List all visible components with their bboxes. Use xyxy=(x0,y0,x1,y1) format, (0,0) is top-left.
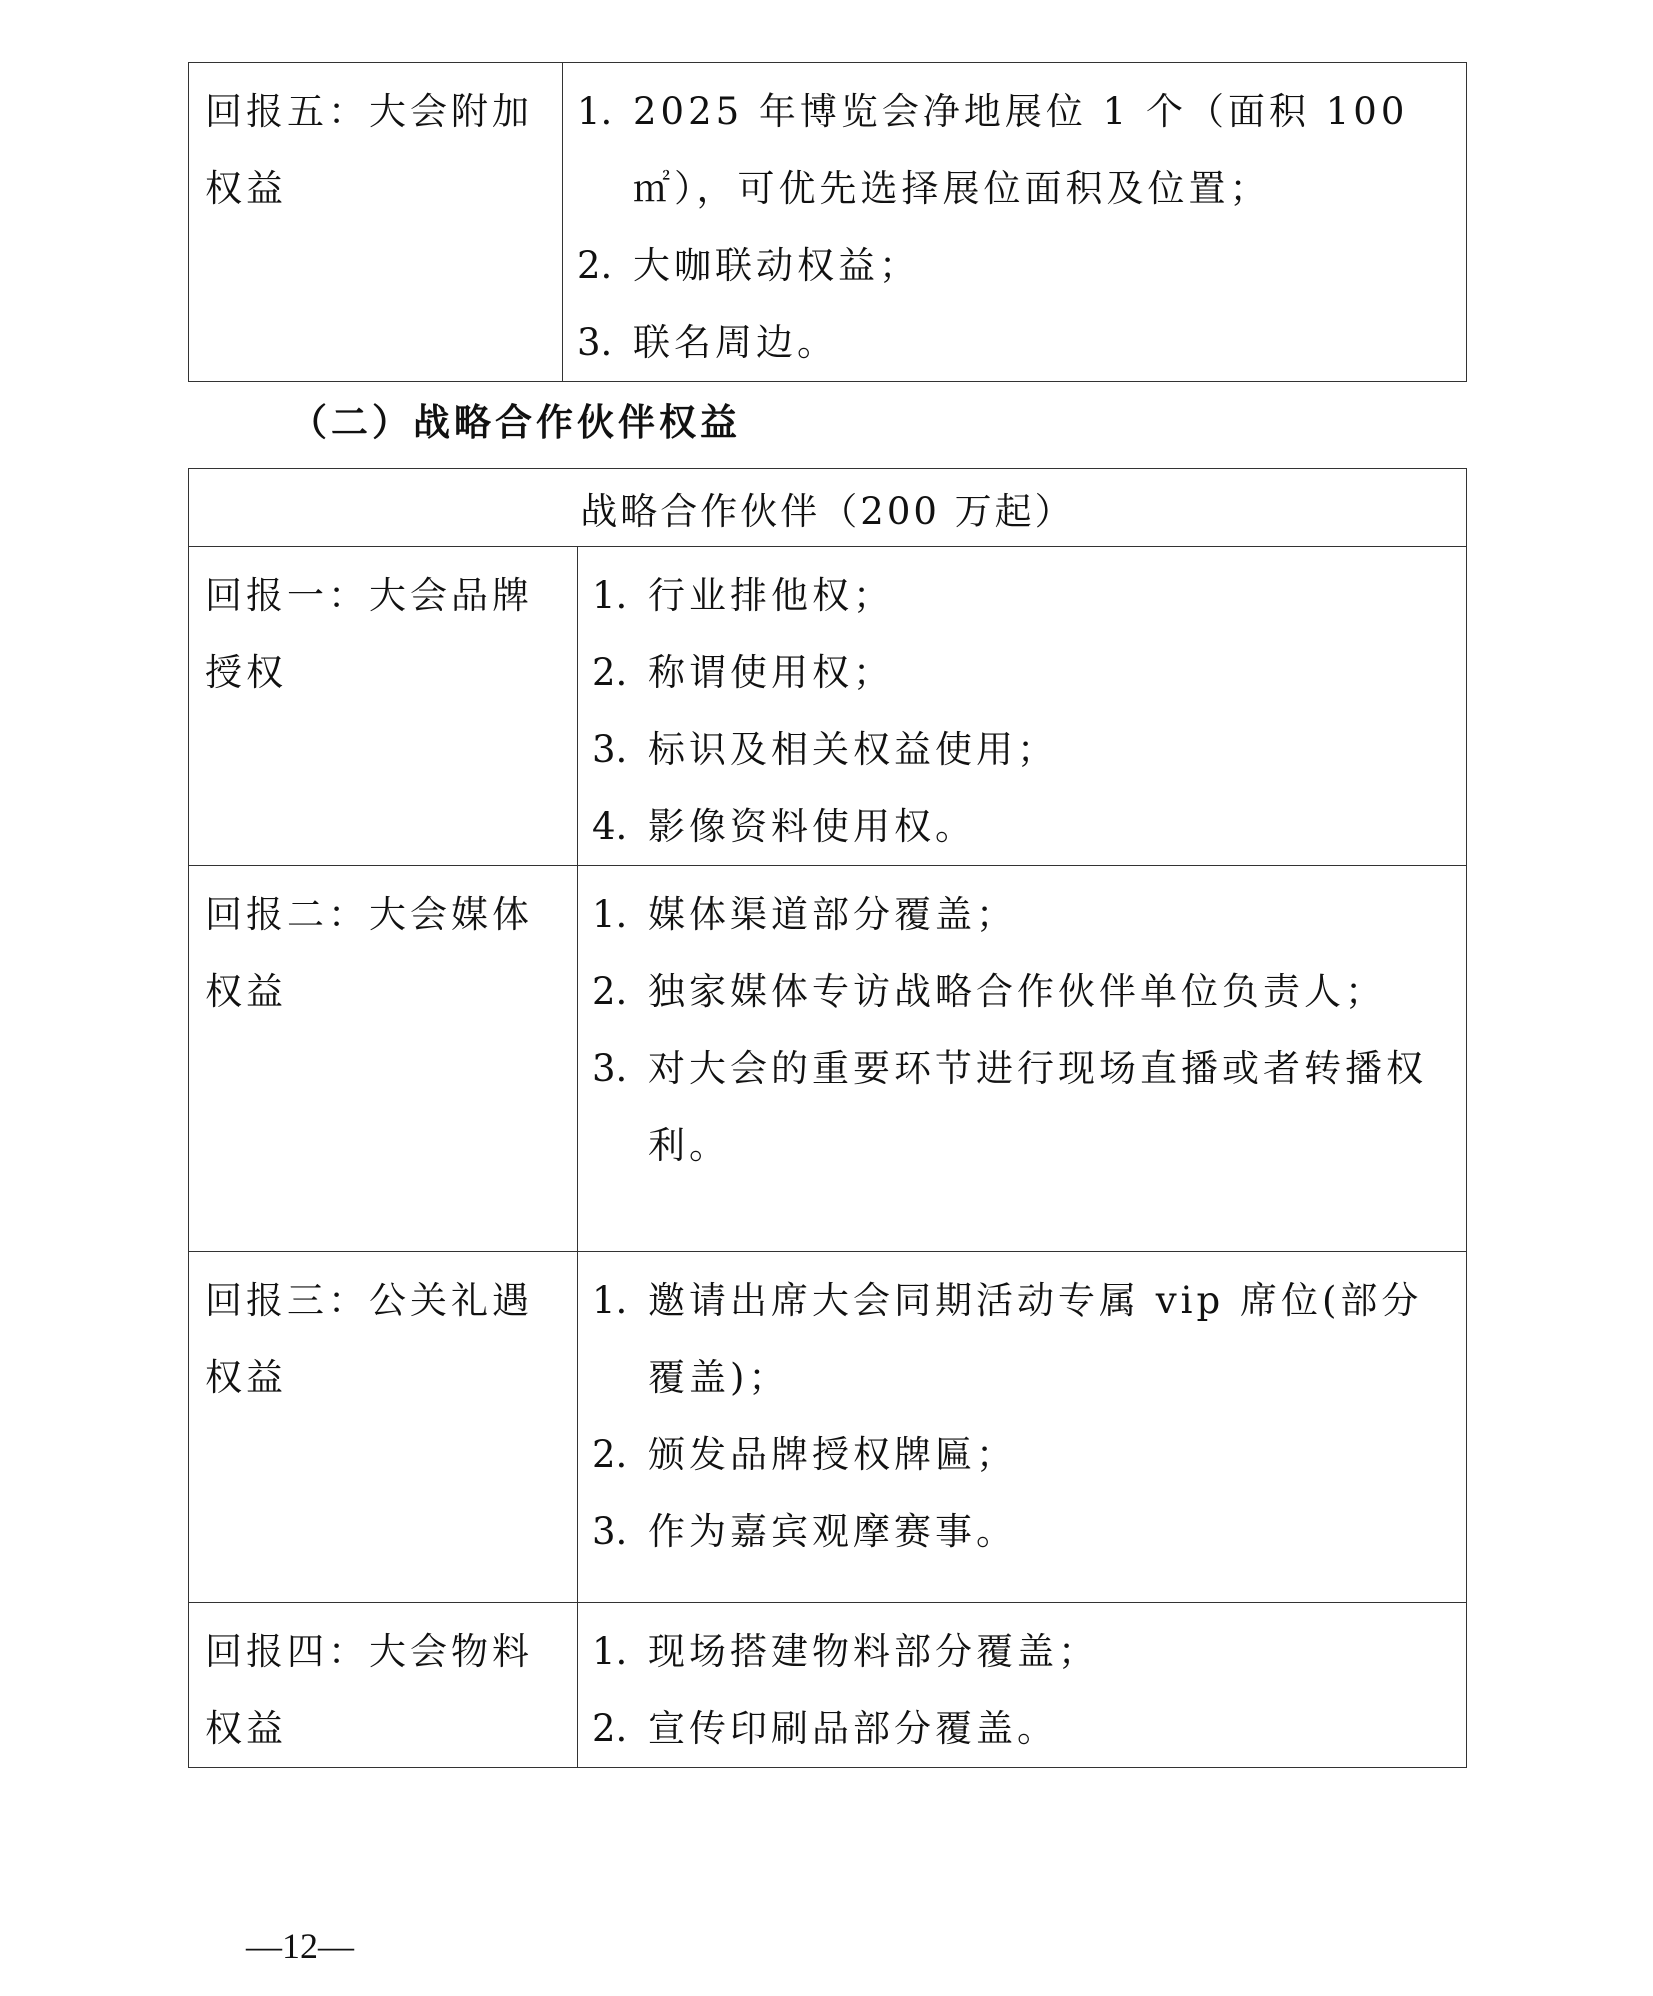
list-item: 2.称谓使用权； xyxy=(592,634,1446,711)
item-text: 影像资料使用权。 xyxy=(648,788,1446,865)
item-text: 称谓使用权； xyxy=(648,634,1446,711)
item-text: 2025 年博览会净地展位 1 个（面积 100 ㎡），可优先选择展位面积及位置… xyxy=(633,73,1446,227)
list-item: 1.邀请出席大会同期活动专属 vip 席位(部分覆盖)； xyxy=(592,1262,1446,1416)
item-text: 现场搭建物料部分覆盖； xyxy=(648,1613,1446,1690)
table-header-row: 战略合作伙伴（200 万起） xyxy=(189,469,1467,547)
row-label: 回报一：大会品牌授权 xyxy=(189,547,578,866)
list-item: 2.宣传印刷品部分覆盖。 xyxy=(592,1690,1446,1767)
item-number: 1. xyxy=(592,876,648,953)
item-text: 标识及相关权益使用； xyxy=(648,711,1446,788)
list-item: 1.媒体渠道部分覆盖； xyxy=(592,876,1446,953)
item-number: 2. xyxy=(592,634,648,711)
item-text: 联名周边。 xyxy=(633,304,1446,381)
item-number: 3. xyxy=(577,304,633,381)
item-number: 3. xyxy=(592,711,648,788)
item-text: 颁发品牌授权牌匾； xyxy=(648,1416,1446,1493)
list-item: 1.2025 年博览会净地展位 1 个（面积 100 ㎡），可优先选择展位面积及… xyxy=(577,73,1446,227)
item-number: 4. xyxy=(592,788,648,865)
item-text: 作为嘉宾观摩赛事。 xyxy=(648,1493,1446,1570)
row-label: 回报五：大会附加权益 xyxy=(189,63,563,382)
row-items: 1.邀请出席大会同期活动专属 vip 席位(部分覆盖)； 2.颁发品牌授权牌匾；… xyxy=(578,1252,1467,1603)
item-number: 2. xyxy=(592,1690,648,1767)
item-text: 媒体渠道部分覆盖； xyxy=(648,876,1446,953)
item-text: 大咖联动权益； xyxy=(633,227,1446,304)
item-number: 2. xyxy=(592,953,648,1030)
list-item: 1.现场搭建物料部分覆盖； xyxy=(592,1613,1446,1690)
table-row: 回报二：大会媒体权益 1.媒体渠道部分覆盖； 2.独家媒体专访战略合作伙伴单位负… xyxy=(189,866,1467,1252)
row-items: 1.现场搭建物料部分覆盖； 2.宣传印刷品部分覆盖。 xyxy=(578,1603,1467,1768)
item-number: 2. xyxy=(577,227,633,304)
item-number: 3. xyxy=(592,1493,648,1570)
item-number: 1. xyxy=(592,557,648,634)
row-label: 回报二：大会媒体权益 xyxy=(189,866,578,1252)
table-additional-benefits: 回报五：大会附加权益 1.2025 年博览会净地展位 1 个（面积 100 ㎡）… xyxy=(188,62,1467,382)
list-item: 3.对大会的重要环节进行现场直播或者转播权利。 xyxy=(592,1030,1446,1184)
item-text: 宣传印刷品部分覆盖。 xyxy=(648,1690,1446,1767)
row-items: 1.行业排他权； 2.称谓使用权； 3.标识及相关权益使用； 4.影像资料使用权… xyxy=(578,547,1467,866)
list-item: 3.作为嘉宾观摩赛事。 xyxy=(592,1493,1446,1570)
item-text: 独家媒体专访战略合作伙伴单位负责人； xyxy=(648,953,1446,1030)
table-row: 回报三：公关礼遇权益 1.邀请出席大会同期活动专属 vip 席位(部分覆盖)； … xyxy=(189,1252,1467,1603)
table-row: 回报五：大会附加权益 1.2025 年博览会净地展位 1 个（面积 100 ㎡）… xyxy=(189,63,1467,382)
list-item: 1.行业排他权； xyxy=(592,557,1446,634)
list-item: 2.大咖联动权益； xyxy=(577,227,1446,304)
list-item: 4.影像资料使用权。 xyxy=(592,788,1446,865)
table-header: 战略合作伙伴（200 万起） xyxy=(189,469,1467,547)
list-item: 2.颁发品牌授权牌匾； xyxy=(592,1416,1446,1493)
item-number: 3. xyxy=(592,1030,648,1184)
section-heading: （二）战略合作伙伴权益 xyxy=(290,392,741,446)
list-item: 3.标识及相关权益使用； xyxy=(592,711,1446,788)
row-label: 回报四：大会物料权益 xyxy=(189,1603,578,1768)
item-number: 1. xyxy=(592,1262,648,1416)
item-text: 对大会的重要环节进行现场直播或者转播权利。 xyxy=(648,1030,1446,1184)
item-text: 邀请出席大会同期活动专属 vip 席位(部分覆盖)； xyxy=(648,1262,1446,1416)
item-number: 1. xyxy=(577,73,633,227)
item-number: 2. xyxy=(592,1416,648,1493)
row-items: 1.媒体渠道部分覆盖； 2.独家媒体专访战略合作伙伴单位负责人； 3.对大会的重… xyxy=(578,866,1467,1252)
row-items: 1.2025 年博览会净地展位 1 个（面积 100 ㎡），可优先选择展位面积及… xyxy=(563,63,1467,382)
table-row: 回报四：大会物料权益 1.现场搭建物料部分覆盖； 2.宣传印刷品部分覆盖。 xyxy=(189,1603,1467,1768)
list-item: 3.联名周边。 xyxy=(577,304,1446,381)
list-item: 2.独家媒体专访战略合作伙伴单位负责人； xyxy=(592,953,1446,1030)
row-label: 回报三：公关礼遇权益 xyxy=(189,1252,578,1603)
item-text: 行业排他权； xyxy=(648,557,1446,634)
page-number: —12— xyxy=(246,1925,354,1967)
item-number: 1. xyxy=(592,1613,648,1690)
table-row: 回报一：大会品牌授权 1.行业排他权； 2.称谓使用权； 3.标识及相关权益使用… xyxy=(189,547,1467,866)
table-strategic-partner: 战略合作伙伴（200 万起） 回报一：大会品牌授权 1.行业排他权； 2.称谓使… xyxy=(188,468,1467,1768)
